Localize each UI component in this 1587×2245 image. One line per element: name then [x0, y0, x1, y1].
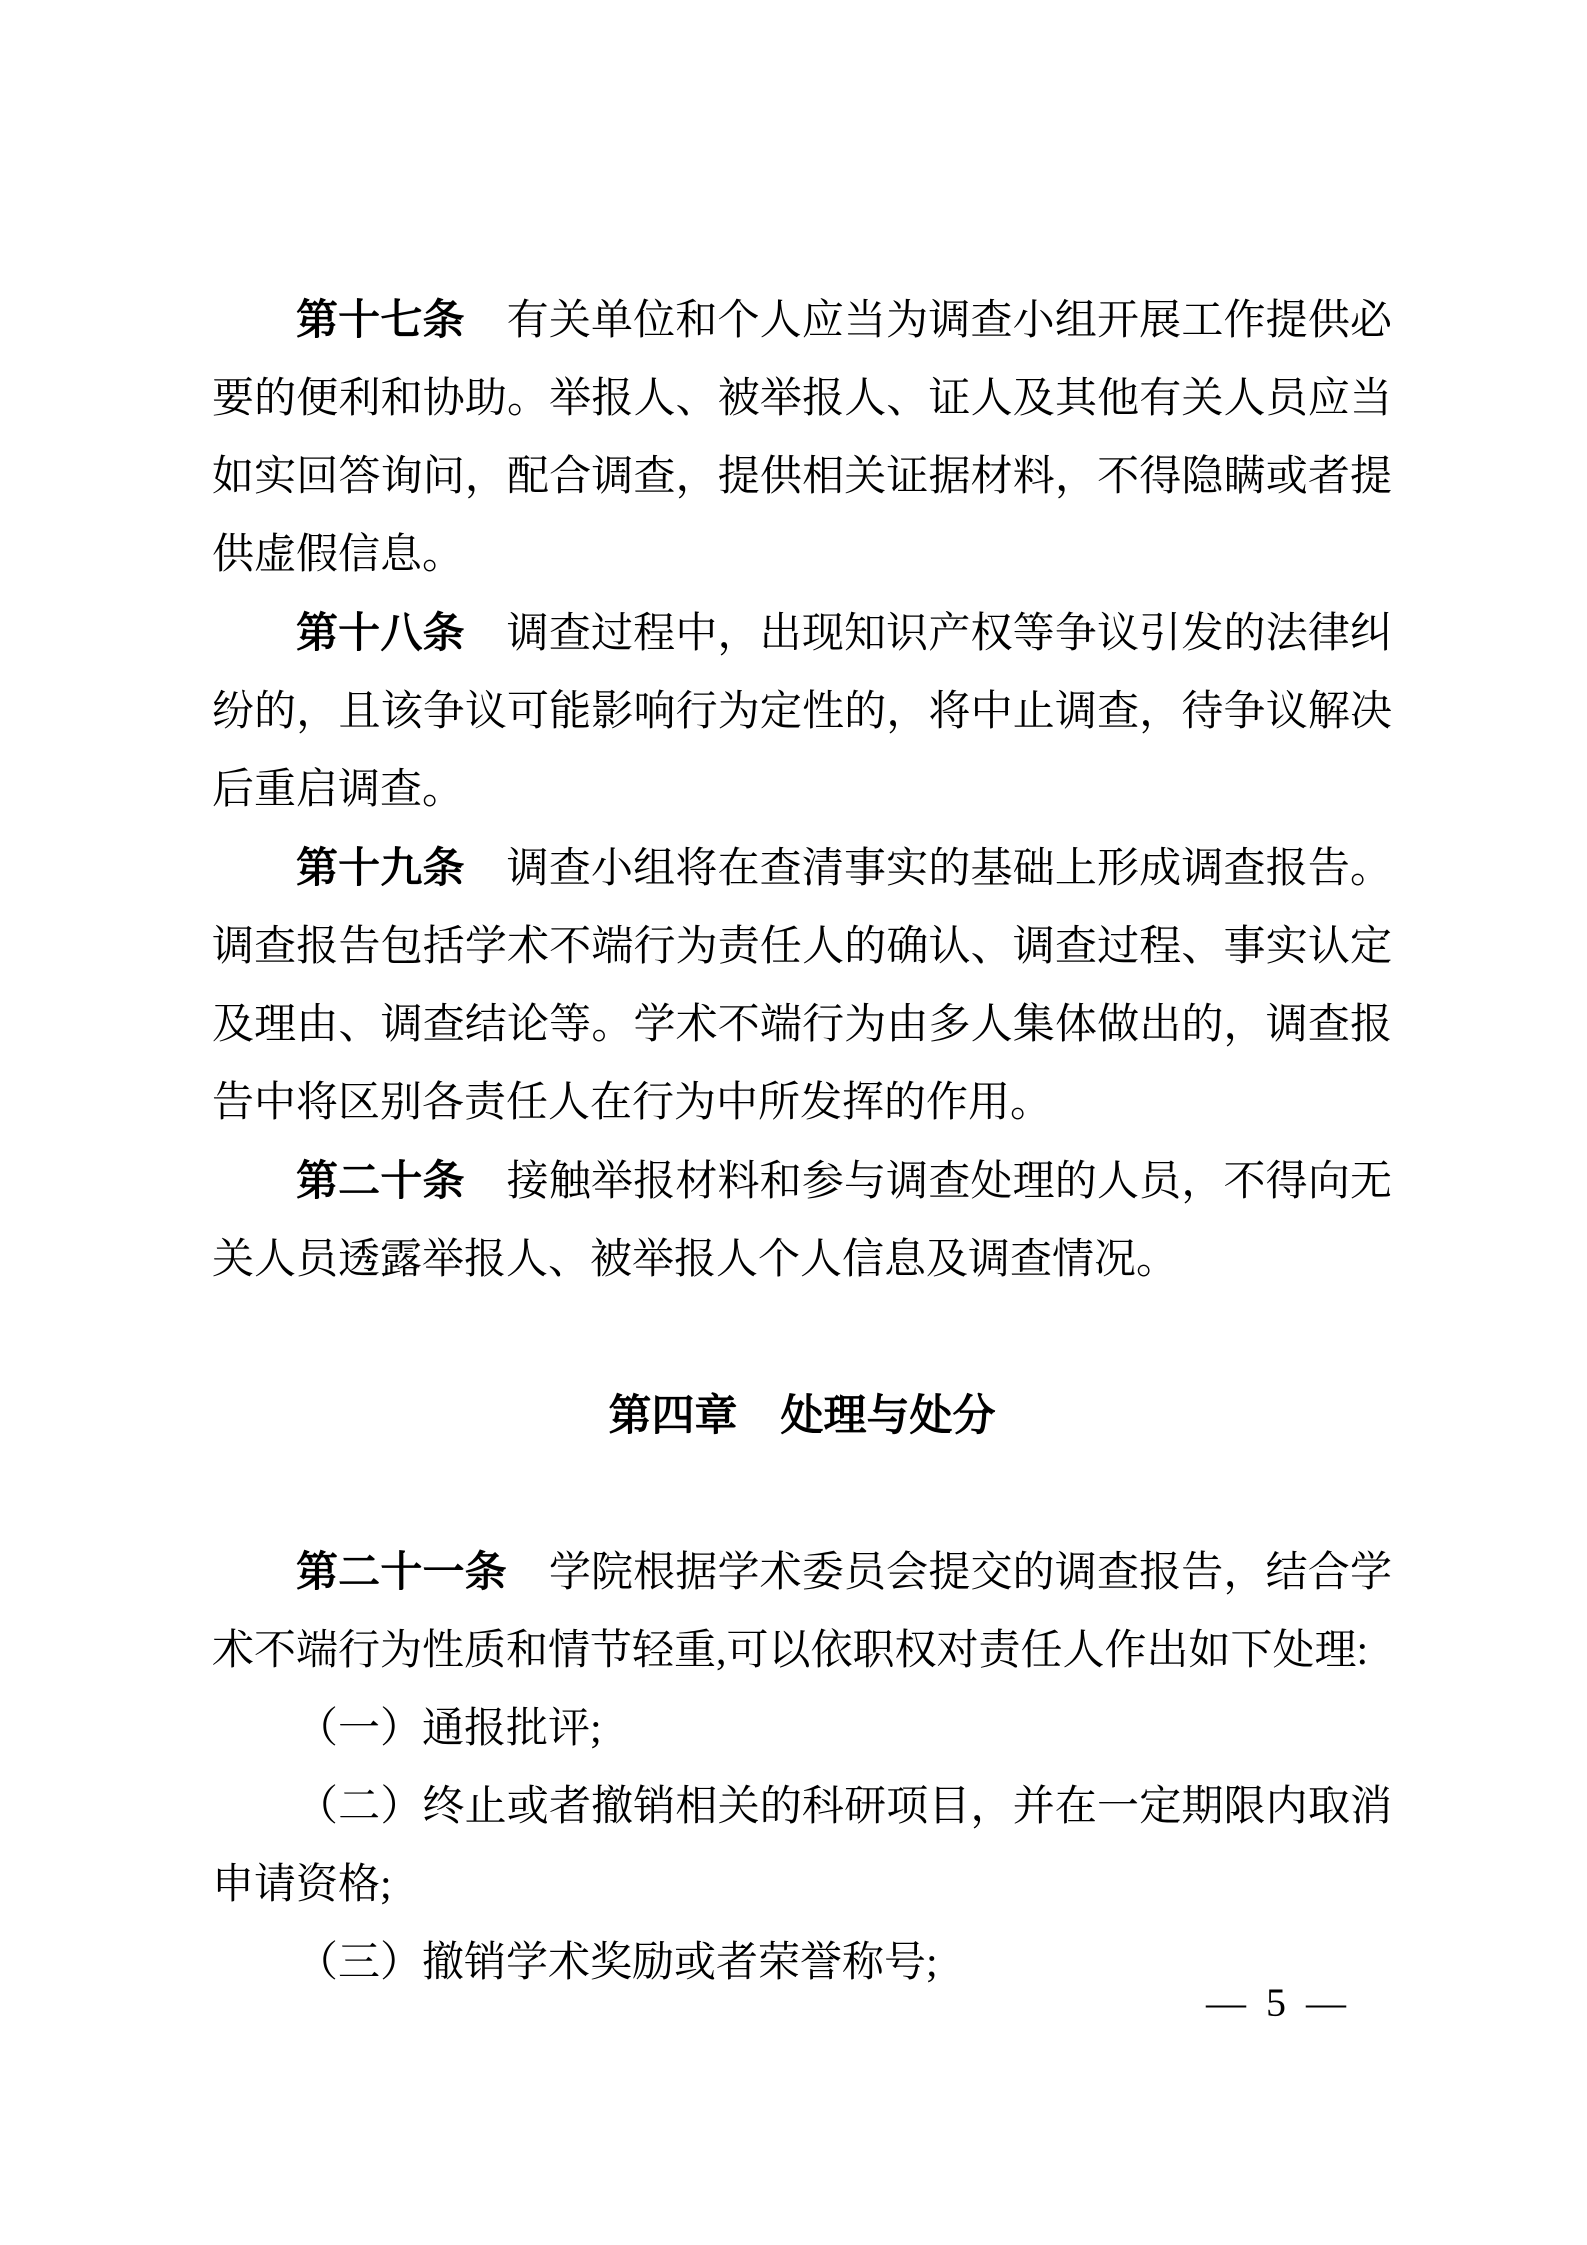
article-paragraph-19: 第十九条调查小组将在查清事实的基础上形成调查报告。调查报告包括学术不端行为责任人… [212, 829, 1392, 1142]
list-item-2: （二）终止或者撤销相关的科研项目，并在一定期限内取消申请资格; [212, 1768, 1392, 1924]
article-number-21: 第二十一条 [296, 1548, 507, 1595]
document-page: 第十七条有关单位和个人应当为调查小组开展工作提供必要的便利和协助。举报人、被举报… [0, 0, 1587, 2245]
article-number-20: 第二十条 [296, 1157, 465, 1204]
article-paragraph-21: 第二十一条学院根据学术委员会提交的调查报告，结合学术不端行为性质和情节轻重,可以… [212, 1533, 1392, 1690]
article-paragraph-20: 第二十条接触举报材料和参与调查处理的人员，不得向无关人员透露举报人、被举报人个人… [212, 1142, 1392, 1299]
list-item-1: （一）通报批评; [212, 1690, 1392, 1768]
article-paragraph-18: 第十八条调查过程中，出现知识产权等争议引发的法律纠纷的，且该争议可能影响行为定性… [212, 594, 1392, 829]
chapter-heading: 第四章 处理与处分 [212, 1377, 1392, 1455]
page-number: — 5 — [1206, 1981, 1351, 2025]
document-body: 第十七条有关单位和个人应当为调查小组开展工作提供必要的便利和协助。举报人、被举报… [212, 281, 1392, 2002]
article-paragraph-17: 第十七条有关单位和个人应当为调查小组开展工作提供必要的便利和协助。举报人、被举报… [212, 281, 1392, 594]
article-number-19: 第十九条 [296, 844, 465, 891]
article-number-18: 第十八条 [296, 609, 465, 656]
article-number-17: 第十七条 [296, 296, 465, 343]
